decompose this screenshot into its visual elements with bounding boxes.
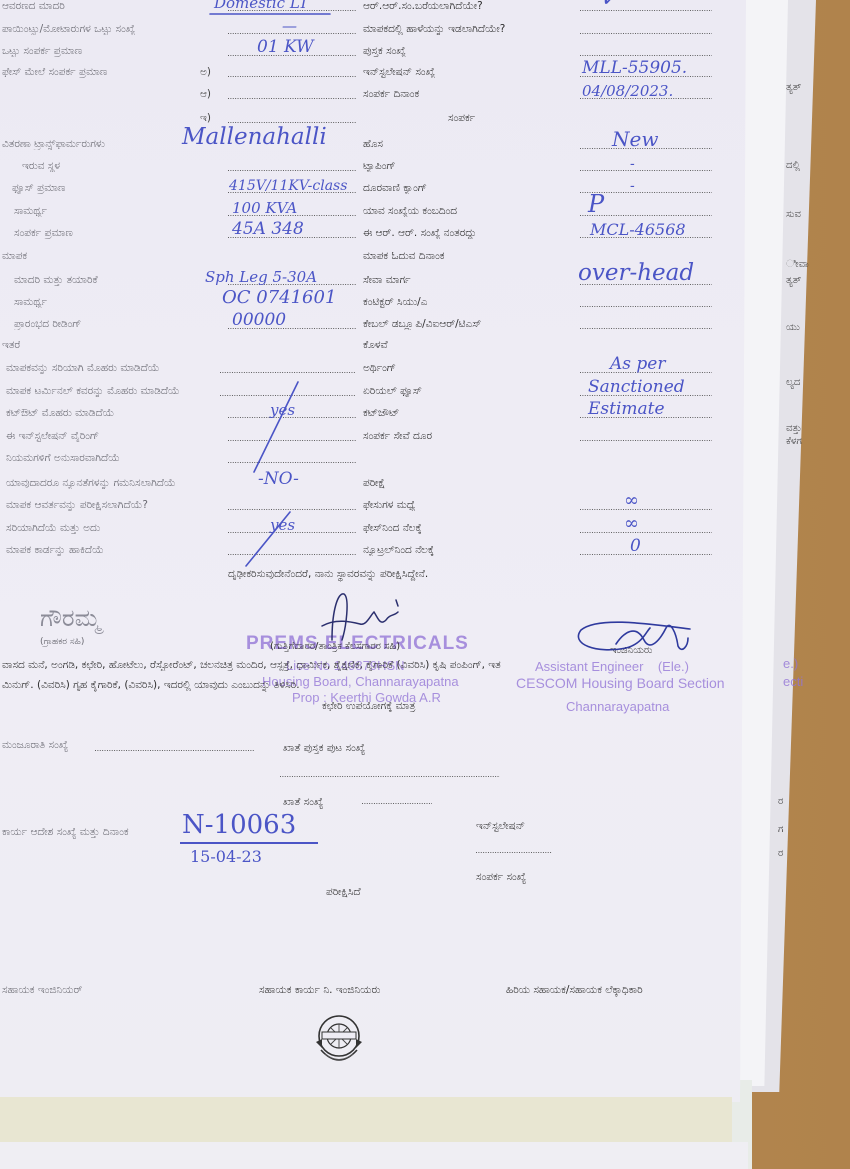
left-handwritten-value: yes xyxy=(270,403,295,418)
field-label: ಕಟ್‌ಜೌಟ್ xyxy=(363,407,399,419)
back-paper-text-fragment: ೀವಾ xyxy=(786,259,809,270)
form-row: ಮಾಪಕ ಆವರ್ತವನ್ನು ಪರೀಕ್ಷಿಸಲಾಗಿದೆಯೆ?ಫೇಸುಗಳ … xyxy=(0,497,746,513)
field-label: ಮಾದರಿ ಮತ್ತು ತಯಾರಿಕೆ xyxy=(14,274,98,286)
field-label: ಕೊಳವೆ xyxy=(363,339,388,351)
organization-seal-icon xyxy=(312,1012,366,1068)
left-value-field[interactable] xyxy=(228,76,356,77)
form-row: ಸಾಮರ್ಥ್ಯOC 0741601ಕಂಟಿಕ್ಟರ್ ಸಿಯು/ಎ xyxy=(0,294,746,310)
premises-type-note-line1: ವಾಸದ ಮನೆ, ಅಂಗಡಿ, ಕಛೇರಿ, ಹೋಟೆಲು, ರೆಸ್ಟೋರೆ… xyxy=(2,659,728,671)
field-label: ಫ್ಯೂಸ್ ಪ್ರಮಾಣ xyxy=(12,182,65,194)
left-value-field[interactable] xyxy=(228,440,356,441)
sub-item-marker: ಅ) xyxy=(200,66,211,78)
left-handwritten-value: OC 0741601 xyxy=(222,289,336,307)
accounts-officer-signatory: ಹಿರಿಯ ಸಹಾಯಕ/ಸಹಾಯಕ ಲೆಕ್ಕಾಧಿಕಾರಿ xyxy=(506,984,643,996)
field-label: ಏರಿಯಲ್ ಫ್ಯೂಸ್ xyxy=(363,385,422,397)
field-label: ಮಾಪಕ ಆವರ್ತವನ್ನು ಪರೀಕ್ಷಿಸಲಾಗಿದೆಯೆ? xyxy=(6,499,148,511)
ledger-page-number-field[interactable] xyxy=(280,776,500,777)
contractor-signature-label: (ಗುತ್ತಿಗೆದಾರರ/ತಾಂತ್ರಿಕ ಕೆಲಸಗಾರರ ಸಹಿ) xyxy=(270,641,400,653)
right-handwritten-value: New xyxy=(612,129,658,149)
form-row: ಪಾಯಿಂಟ್ಸು/ಮೋಟಾರುಗಳ ಒಟ್ಟು ಸಂಖ್ಯೆ—ಮಾಪಕದಲ್ಲ… xyxy=(0,21,746,37)
field-label: ಮಾಪಕ ಕಾರ್ಡನ್ನು ಹಾಕಿದೆಯೆ xyxy=(6,544,104,556)
work-order-date: 15-04-23 xyxy=(190,849,262,865)
form-row: ಮಾದರಿ ಮತ್ತು ತಯಾರಿಕೆSph Leg 5-30Aಸೇವಾ ಮಾರ… xyxy=(0,272,746,288)
sanction-number-field[interactable] xyxy=(95,750,255,751)
work-order-label: ಕಾರ್ಯ ಆದೇಶ ಸಂಖ್ಯೆ ಮತ್ತು ದಿನಾಂಕ xyxy=(2,826,129,838)
right-handwritten-value: Estimate xyxy=(588,401,665,418)
right-handwritten-value: Sanctioned xyxy=(588,379,685,396)
right-handwritten-value: MLL-55905. xyxy=(582,60,687,77)
right-handwritten-value: MCL-46568 xyxy=(590,222,686,238)
right-value-field[interactable] xyxy=(580,554,712,555)
right-value-field[interactable] xyxy=(580,328,712,329)
right-handwritten-value: As per xyxy=(610,356,665,373)
left-handwritten-value: Domestic LT xyxy=(214,0,309,11)
field-label: ಸಾಮರ್ಥ್ಯ xyxy=(14,205,47,217)
field-label: ಈ ಆರ್. ಆರ್. ಸಂಖ್ಯೆ ನಂತರದ್ದು xyxy=(363,227,476,239)
sub-item-marker: ಇ) xyxy=(200,112,211,124)
right-handwritten-value: over-head xyxy=(578,262,694,285)
left-handwritten-value: Sph Leg 5-30A xyxy=(205,270,317,285)
form-row: ಯಾವುದಾದರೂ ನ್ಯೂನತೆಗಳನ್ನು ಗಮನಿಸಲಾಗಿದೆಯೆ-NO… xyxy=(0,475,746,491)
form-row: ನಿಯಮಗಳಿಗೆ ಅನುಸಾರವಾಗಿದೆಯೆ xyxy=(0,450,746,466)
field-label: ಯಾವ ಸಂಖ್ಯೆಯ ಕಂಬದಿಂದ xyxy=(363,205,457,217)
back-paper-text-fragment: ತ್ಯತ್ xyxy=(786,275,801,286)
form-row: ಫೇಸ್ ಮೇಲೆ ಸಂಪರ್ಕ ಪ್ರಮಾಣಅ)ಇನ್‌ಸ್ಟಲೇಷನ್ ಸಂ… xyxy=(0,64,746,80)
left-value-field[interactable] xyxy=(228,98,356,99)
right-handwritten-value: ∞ xyxy=(624,492,639,510)
field-label: ಕಂಟಿಕ್ಟರ್ ಸಿಯು/ಎ xyxy=(363,296,427,308)
field-label: ಸರಿಯಾಗಿದೆಯೆ ಮತ್ತು ಅದು xyxy=(6,522,100,534)
underlying-paper xyxy=(0,1142,748,1169)
field-label: ನ್ಯೂಟ್ರಲ್‌ನಿಂದ ನೆಲಕ್ಕೆ xyxy=(363,544,434,556)
assistant-executive-engineer-signatory: ಸಹಾಯಕ ಕಾರ್ಯ ನಿ. ಇಂಜಿನಿಯರು xyxy=(259,984,380,996)
field-label: ಸಂಪರ್ಕ ಪ್ರಮಾಣ xyxy=(14,227,73,239)
sanction-number-label: ಮಂಜೂರಾತಿ ಸಂಖ್ಯೆ xyxy=(2,739,68,751)
form-row: ಒಟ್ಟು ಸಂಪರ್ಕ ಪ್ರಮಾಣ01 KWಪುಸ್ತಕ ಸಂಖ್ಯೆ xyxy=(0,43,746,59)
form-row: ಪ್ರಾರಂಭದ ರೀಡಿಂಗ್00000ಕೇಬಲ್ ಡಬ್ಲ್ಯೂಪಿ/ವಿಐ… xyxy=(0,316,746,332)
ledger-page-number-label: ಖಾತೆ ಪುಸ್ತಕ ಪುಟ ಸಂಖ್ಯೆ xyxy=(283,742,365,754)
form-row: ಈ ಇನ್‌ಸ್ಟಲೇಷನ್ ವೈರಿಂಗ್ಸಂಪರ್ಕ ಸೇವೆ ದೂರ xyxy=(0,428,746,444)
field-label: ಪರೀಕ್ಷೆ xyxy=(363,477,385,489)
installation-field[interactable] xyxy=(476,852,552,853)
form-row: ಆವರಣದ ಮಾದರಿDomestic LTಆರ್.ಆರ್.ಸಂ.ಬರೆಯಲಾಗ… xyxy=(0,0,746,14)
field-label: ಮಾಪಕವನ್ನು ಸರಿಯಾಗಿ ಮೊಹರು ಮಾಡಿದೆಯೆ xyxy=(6,362,160,374)
adhesive-tape-strip xyxy=(0,1097,732,1142)
back-paper-text-fragment: ವತ್ತು xyxy=(786,423,802,434)
field-label: ಫೇಸುಗಳ ಮಧ್ಯೆ xyxy=(363,499,415,511)
field-label: ಹೊಸ xyxy=(363,138,383,150)
field-label: ಮಾಪಕ ಟರ್ಮಿನಲ್ ಕವರನ್ನು ಮೊಹರು ಮಾಡಿದೆಯೆ xyxy=(6,385,180,397)
field-label: ಯಾವುದಾದರೂ ನ್ಯೂನತೆಗಳನ್ನು ಗಮನಿಸಲಾಗಿದೆಯೆ xyxy=(6,477,176,489)
field-label: ಸಂಪರ್ಕ ಸೇವೆ ದೂರ xyxy=(363,430,432,442)
left-handwritten-value: 45A 348 xyxy=(232,221,304,238)
checked-label: ಪರೀಕ್ಷಿಸಿದೆ xyxy=(326,886,361,898)
field-label: ಫೇಸ್ ಮೇಲೆ ಸಂಪರ್ಕ ಪ್ರಮಾಣ xyxy=(2,66,107,78)
field-label: ಕೇಬಲ್ ಡಬ್ಲ್ಯೂಪಿ/ವಿಐಆರ್/ಟಿಎಸ್ xyxy=(363,318,481,330)
field-label: ಟ್ಯಾಪಿಂಗ್ xyxy=(363,160,396,172)
inspection-form-sheet: ಆವರಣದ ಮಾದರಿDomestic LTಆರ್.ಆರ್.ಸಂ.ಬರೆಯಲಾಗ… xyxy=(0,0,746,1102)
office-use-heading: ಕಛೇರಿ ಉಪಯೋಗಕ್ಕೆ ಮಾತ್ರ xyxy=(322,700,415,712)
right-handwritten-value: - xyxy=(630,179,635,193)
field-label: ದೂರವಾಣಿ ಕ್ಯಾಂಗ್ xyxy=(363,182,427,194)
right-value-field[interactable] xyxy=(580,55,712,56)
field-label: ಈ ಇನ್‌ಸ್ಟಲೇಷನ್ ವೈರಿಂಗ್ xyxy=(6,430,99,442)
field-label: ಪಾಯಿಂಟ್ಸು/ಮೋಟಾರುಗಳ ಒಟ್ಟು ಸಂಖ್ಯೆ xyxy=(2,23,135,35)
right-value-field[interactable] xyxy=(580,306,712,307)
work-order-underline xyxy=(180,842,318,844)
engineer-stamp-office: CESCOM Housing Board Section xyxy=(516,676,725,690)
left-value-field[interactable] xyxy=(228,509,356,510)
account-number-field[interactable] xyxy=(362,803,432,804)
form-row: ಇತರೆಕೊಳವೆ xyxy=(0,337,746,353)
form-row: ಕಟ್‌ಔಟ್ ಮೊಹರು ಮಾಡಿದೆಯೆyesಕಟ್‌ಜೌಟ್Estimat… xyxy=(0,405,746,421)
back-paper-text-fragment: ಯು xyxy=(786,322,800,333)
field-label: ಸಂಪರ್ಕ ದಿನಾಂಕ xyxy=(363,88,419,100)
account-number-label: ಖಾತೆ ಸಂಖ್ಯೆ xyxy=(283,796,323,808)
right-value-field[interactable] xyxy=(580,33,712,34)
back-paper-text-fragment: ಲ್ಯದ xyxy=(786,377,800,388)
field-label: ಆವರಣದ ಮಾದರಿ xyxy=(2,0,65,12)
field-label: ಪ್ರಾರಂಭದ ರೀಡಿಂಗ್ xyxy=(14,318,81,330)
back-paper-text-fragment: ರ xyxy=(778,796,783,807)
right-value-field[interactable] xyxy=(580,532,712,533)
right-value-field[interactable] xyxy=(580,170,712,171)
left-value-field[interactable] xyxy=(228,462,356,463)
right-handwritten-value: ∞ xyxy=(624,515,639,533)
field-label: ಕಟ್‌ಔಟ್ ಮೊಹರು ಮಾಡಿದೆಯೆ xyxy=(6,407,114,419)
engineer-stamp-place: Channarayapatna xyxy=(566,700,669,713)
field-label: ಒಟ್ಟು ಸಂಪರ್ಕ ಪ್ರಮಾಣ xyxy=(2,45,82,57)
back-paper-text-fragment: ಗ xyxy=(778,824,783,835)
right-handwritten-value: ✓ xyxy=(600,0,618,11)
field-label: ಇನ್‌ಸ್ಟಲೇಷನ್ ಸಂಖ್ಯೆ xyxy=(363,66,435,78)
right-handwritten-value: P xyxy=(588,192,604,216)
right-handwritten-value: 0 xyxy=(630,538,641,555)
left-handwritten-value: 01 KW xyxy=(257,39,314,56)
left-value-field[interactable] xyxy=(220,372,356,373)
form-row: ಮಾಪಕವನ್ನು ಸರಿಯಾಗಿ ಮೊಹರು ಮಾಡಿದೆಯೆಅರ್ಥಿಂಗ್… xyxy=(0,360,746,376)
field-label: ಇರುವ ಸ್ಥಳ xyxy=(22,160,60,172)
field-label: ಮಾಪಕದಲ್ಲಿ ಹಾಳೆಯನ್ನು ಇಡಲಾಗಿದೆಯೇ? xyxy=(363,23,505,35)
back-paper-text-fragment: ಸುವ xyxy=(786,209,801,220)
right-handwritten-value: - xyxy=(630,157,635,171)
left-handwritten-value: 415V/11KV-class xyxy=(229,179,347,193)
left-handwritten-value: 00000 xyxy=(232,312,286,329)
form-row: ಮಾಪಕ ಕಾರ್ಡನ್ನು ಹಾಕಿದೆಯೆನ್ಯೂಟ್ರಲ್‌ನಿಂದ ನೆ… xyxy=(0,542,746,558)
back-paper-text-fragment: ಕೆಳಗ xyxy=(786,436,802,447)
left-handwritten-value: 100 KVA xyxy=(232,201,297,216)
field-label: ವಿತರಣಾ ಟ್ರಾನ್ಸ್‌ಫಾರ್ಮರುಗಳು xyxy=(2,138,105,150)
form-row: ಇ)ಸಂಪರ್ಕ xyxy=(0,110,746,126)
field-label: ಇತರೆ xyxy=(2,339,20,351)
engineer-signature-label: ಇಂಜಿನಿಯರು xyxy=(610,645,652,657)
left-handwritten-value: — xyxy=(282,19,297,34)
right-value-field[interactable] xyxy=(580,509,712,510)
form-row: ಇರುವ ಸ್ಥಳಟ್ಯಾಪಿಂಗ್- xyxy=(0,158,746,174)
form-row: ಸಾಮರ್ಥ್ಯ100 KVAಯಾವ ಸಂಖ್ಯೆಯ ಕಂಬದಿಂದP xyxy=(0,203,746,219)
right-value-field[interactable] xyxy=(580,440,712,441)
premises-type-note-line2: ಮಿನುಗ್. (ವಿವರಿಸಿ) ಗೃಹ ಕೈಗಾರಿಕೆ, (ವಿವರಿಸಿ… xyxy=(2,679,300,691)
back-paper-text-fragment: ದಲ್ಲಿ xyxy=(786,160,800,171)
back-paper-text-fragment: ತ್ಯತ್ xyxy=(786,82,801,93)
work-order-number: N-10063 xyxy=(182,812,296,838)
field-label: ಸೇವಾ ಮಾರ್ಗ xyxy=(363,274,411,286)
left-handwritten-value: Mallenahalli xyxy=(182,126,327,149)
customer-signature-label: (ಗ್ರಾಹಕರ ಸಹಿ) xyxy=(40,636,84,648)
field-label: ಸಾಮರ್ಥ್ಯ xyxy=(14,296,47,308)
form-row: ಫ್ಯೂಸ್ ಪ್ರಮಾಣ415V/11KV-classದೂರವಾಣಿ ಕ್ಯಾ… xyxy=(0,180,746,196)
field-label: ಅರ್ಥಿಂಗ್ xyxy=(363,362,396,374)
back-paper-text-fragment: ecti xyxy=(783,674,803,689)
field-label: ಸಂಪರ್ಕ xyxy=(448,112,475,124)
assistant-engineer-signatory: ಸಹಾಯಕ ಇಂಜಿನಿಯರ್ xyxy=(2,984,82,996)
left-value-field[interactable] xyxy=(228,554,356,555)
left-handwritten-value: -NO- xyxy=(258,471,299,488)
field-label: ಮಾಪಕ xyxy=(2,250,27,262)
connection-number-label: ಸಂಪರ್ಕ ಸಂಖ್ಯೆ xyxy=(476,871,526,883)
field-label: ನಿಯಮಗಳಿಗೆ ಅನುಸಾರವಾಗಿದೆಯೆ xyxy=(6,452,120,464)
right-handwritten-value: 04/08/2023. xyxy=(582,84,673,99)
field-label: ಆರ್.ಆರ್.ಸಂ.ಬರೆಯಲಾಗಿದೆಯೇ? xyxy=(363,0,483,12)
installation-label: ಇನ್‌ಸ್ಟಲೇಷನ್ xyxy=(476,820,525,832)
form-row: ಸಂಪರ್ಕ ಪ್ರಮಾಣ45A 348ಈ ಆರ್. ಆರ್. ಸಂಖ್ಯೆ ನ… xyxy=(0,225,746,241)
customer-signature: ಗೌರಮ್ಮ xyxy=(40,606,101,630)
left-value-field[interactable] xyxy=(228,122,356,123)
left-value-field[interactable] xyxy=(228,170,356,171)
left-handwritten-value: yes xyxy=(270,518,295,533)
sub-item-marker: ಆ) xyxy=(200,88,211,100)
field-label: ಫೇಸ್‌ನಿಂದ ನೆಲಕ್ಕೆ xyxy=(363,522,422,534)
back-paper-text-fragment: ರ xyxy=(778,848,783,859)
form-row: ಮಾಪಕ ಟರ್ಮಿನಲ್ ಕವರನ್ನು ಮೊಹರು ಮಾಡಿದೆಯೆಏರಿಯ… xyxy=(0,383,746,399)
attestation-text: ದೃಢೀಕರಿಸುವುದೇನೆಂದರೆ, ನಾನು ಸ್ಥಾವರವನ್ನು ಪರ… xyxy=(228,568,428,580)
back-paper-text-fragment: e.) xyxy=(783,656,798,671)
form-row: ಸರಿಯಾಗಿದೆಯೆ ಮತ್ತು ಅದುyesಫೇಸ್‌ನಿಂದ ನೆಲಕ್ಕ… xyxy=(0,520,746,536)
left-value-field[interactable] xyxy=(220,395,356,396)
form-row: ವಿತರಣಾ ಟ್ರಾನ್ಸ್‌ಫಾರ್ಮರುಗಳುMallenahalliಹೊ… xyxy=(0,136,746,152)
field-label: ಮಾಪಕ ಓದುವ ದಿನಾಂಕ xyxy=(363,250,444,262)
field-label: ಪುಸ್ತಕ ಸಂಖ್ಯೆ xyxy=(363,45,406,57)
form-row: ಆ)ಸಂಪರ್ಕ ದಿನಾಂಕ04/08/2023. xyxy=(0,86,746,102)
